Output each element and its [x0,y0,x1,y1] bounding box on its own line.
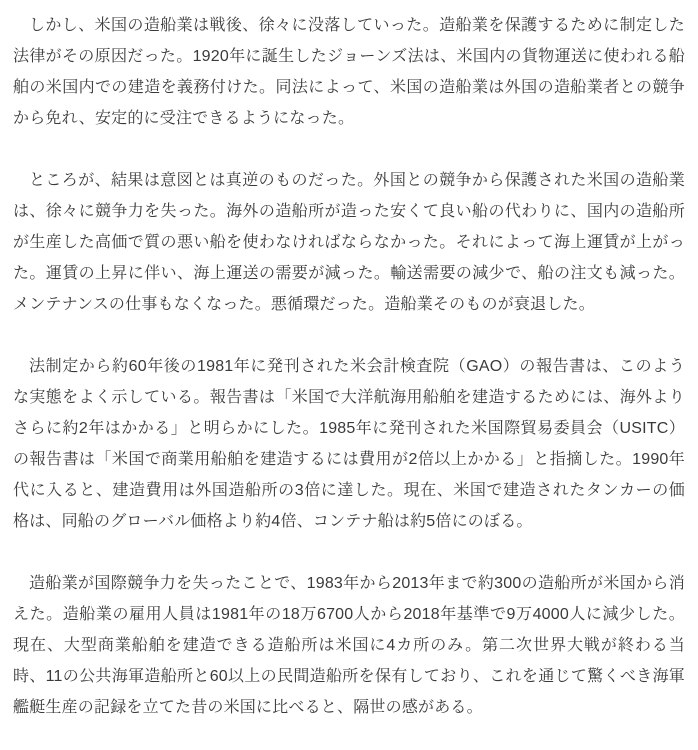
article-paragraph-4: 造船業が国際競争力を失ったことで、1983年から2013年まで約300の造船所が… [13,568,685,723]
article-paragraph-2: ところが、結果は意図とは真逆のものだった。外国との競争から保護された米国の造船業… [13,165,685,320]
article-body: しかし、米国の造船業は戦後、徐々に没落していった。造船業を保護するために制定した… [0,0,698,735]
article-paragraph-3: 法制定から約60年後の1981年に発刊された米会計検査院（GAO）の報告書は、こ… [13,351,685,537]
article-paragraph-1: しかし、米国の造船業は戦後、徐々に没落していった。造船業を保護するために制定した… [13,10,685,134]
